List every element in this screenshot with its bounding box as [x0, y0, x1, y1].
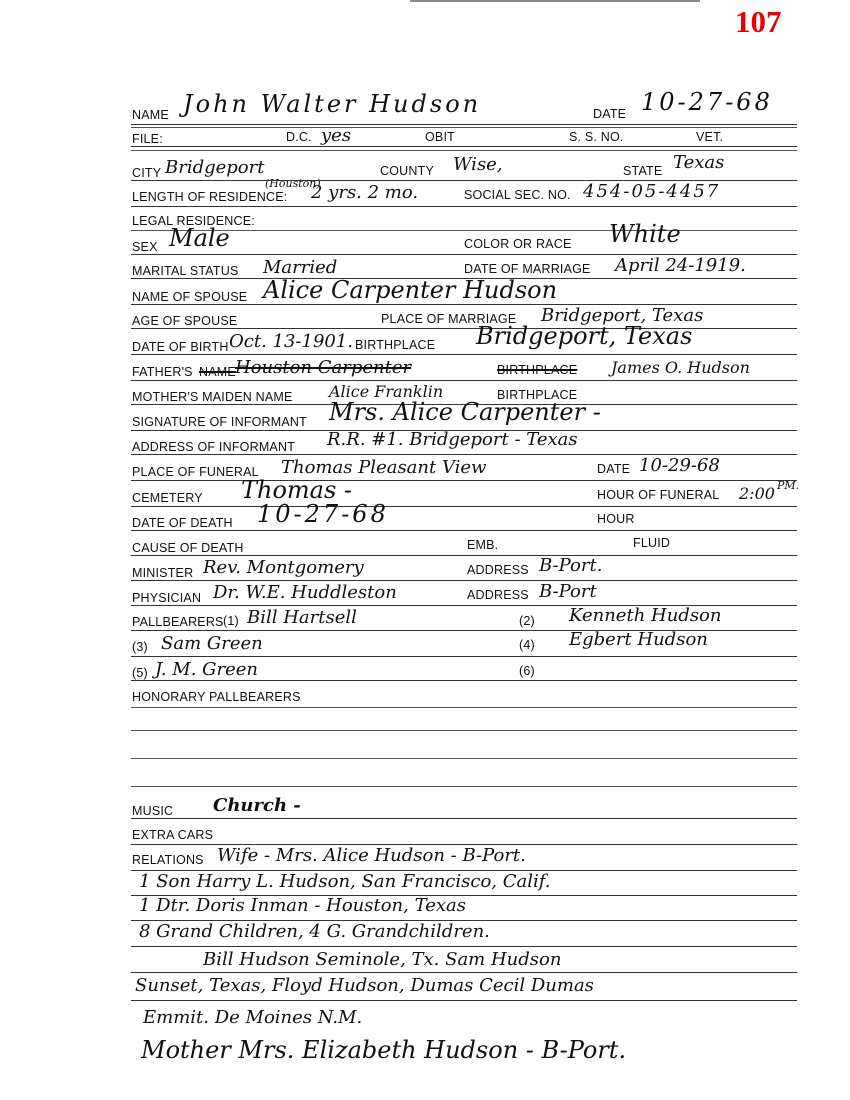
pallbearer-name: Kenneth Hudson [569, 606, 721, 626]
physician-address-label: ADDRESS [467, 588, 529, 602]
signature-of-informant-value: Mrs. Alice Carpenter - [329, 402, 601, 422]
physician-label: PHYSICIAN [132, 591, 201, 605]
pallbearer-name: Sam Green [161, 634, 263, 654]
name-of-spouse-label: NAME OF SPOUSE [132, 290, 247, 304]
marital-status-value: Married [263, 258, 337, 278]
minister-label: MINISTER [132, 566, 193, 580]
date-of-marriage-value: April 24-1919. [615, 256, 746, 276]
date-of-death-label: DATE OF DEATH [132, 516, 233, 530]
length-of-residence-label: LENGTH OF RESIDENCE: [132, 190, 287, 204]
social-sec-no-label: SOCIAL SEC. NO. [464, 188, 571, 202]
physician-address-value: B-Port [539, 582, 597, 602]
relations-line: 8 Grand Children, 4 G. Grandchildren. [139, 922, 490, 942]
city-label: CITY [132, 166, 161, 180]
birthplace-value: Bridgeport, Texas [476, 326, 692, 346]
name-label: NAME [132, 108, 169, 122]
rule [131, 758, 797, 759]
sex-value: Male [169, 228, 230, 248]
rule [131, 380, 797, 381]
cemetery-value: Thomas - [241, 480, 352, 500]
sex-label: SEX [132, 240, 158, 254]
pallbearer-name: Bill Hartsell [247, 608, 357, 628]
minister-value: Rev. Montgomery [203, 558, 364, 578]
place-of-funeral-value: Thomas Pleasant View [281, 458, 486, 478]
cause-of-death-label: CAUSE OF DEATH [132, 541, 244, 555]
funeral-record-form: NAME John Walter Hudson DATE 10-27-68 FI… [131, 0, 797, 1100]
rule [131, 230, 797, 231]
rule [131, 946, 797, 947]
rule [131, 530, 797, 531]
pallbearer-name: J. M. Green [155, 660, 258, 680]
rule [131, 730, 797, 731]
obit-label: OBIT [425, 130, 455, 144]
date-of-death-value: 10-27-68 [257, 504, 389, 524]
county-value: Wise, [453, 155, 503, 175]
file-label: FILE: [132, 132, 163, 146]
hour-label: HOUR [597, 512, 635, 526]
state-label: STATE [623, 164, 662, 178]
ss-no-label: S. S. NO. [569, 130, 624, 144]
music-value: Church - [213, 796, 301, 816]
fathers-name-label: FATHER'S [132, 365, 193, 379]
fathers-name-struck-value: Houston Carpenter [235, 358, 411, 378]
age-of-spouse-label: AGE OF SPOUSE [132, 314, 237, 328]
rule [131, 146, 797, 147]
rule [131, 506, 797, 507]
relations-line: 1 Dtr. Doris Inman - Houston, Texas [139, 896, 466, 916]
date-value: 10-27-68 [641, 92, 773, 112]
funeral-date-label: DATE [597, 462, 630, 476]
name-value: John Walter Hudson [183, 94, 481, 114]
pallbearers-label: PALLBEARERS [132, 615, 224, 629]
rule [131, 206, 797, 207]
fathers-name-label-struck: NAME [199, 365, 236, 379]
length-of-residence-value: 2 yrs. 2 mo. [311, 183, 418, 203]
marital-status-label: MARITAL STATUS [132, 264, 239, 278]
rule [131, 580, 797, 581]
relations-line: Sunset, Texas, Floyd Hudson, Dumas Cecil… [135, 976, 594, 996]
rule [131, 555, 797, 556]
hour-of-funeral-suffix: PM. [777, 476, 799, 496]
pallbearer-num: (2) [519, 614, 535, 628]
relations-line: 1 Son Harry L. Hudson, San Francisco, Ca… [139, 872, 551, 892]
social-sec-no-value: 454-05-4457 [583, 182, 720, 202]
rule [131, 127, 797, 128]
dc-value: yes [321, 126, 351, 146]
rule [131, 972, 797, 973]
relations-line: Wife - Mrs. Alice Hudson - B-Port. [217, 846, 526, 866]
state-value: Texas [673, 153, 724, 173]
relations-line: Mother Mrs. Elizabeth Hudson - B-Port. [141, 1040, 626, 1060]
pallbearer-num: (6) [519, 664, 535, 678]
minister-address-label: ADDRESS [467, 563, 529, 577]
pallbearer-num: (5) [132, 666, 148, 680]
physician-value: Dr. W.E. Huddleston [213, 583, 397, 603]
pallbearer-num: (4) [519, 638, 535, 652]
fathers-birthplace-label: BIRTHPLACE [497, 363, 577, 377]
rule [131, 786, 797, 787]
rule [131, 818, 797, 819]
rule [131, 354, 797, 355]
color-or-race-label: COLOR OR RACE [464, 237, 571, 251]
rule [131, 150, 797, 151]
minister-address-value: B-Port. [539, 556, 602, 576]
relations-line: Bill Hudson Seminole, Tx. Sam Hudson [203, 950, 561, 970]
color-or-race-value: White [609, 224, 681, 244]
rule [131, 480, 797, 481]
rule [131, 680, 797, 681]
vet-label: VET. [696, 130, 723, 144]
address-of-informant-label: ADDRESS OF INFORMANT [132, 440, 295, 454]
pallbearer-num: (3) [132, 640, 148, 654]
county-label: COUNTY [380, 164, 434, 178]
fluid-label: FLUID [633, 536, 670, 550]
relations-label: RELATIONS [132, 853, 204, 867]
cemetery-label: CEMETERY [132, 491, 203, 505]
pallbearer-num: (1) [223, 614, 239, 628]
city-value: Bridgeport [165, 158, 264, 178]
extra-cars-label: EXTRA CARS [132, 828, 213, 842]
place-of-funeral-label: PLACE OF FUNERAL [132, 465, 259, 479]
date-of-birth-label: DATE OF BIRTH [132, 340, 229, 354]
signature-of-informant-label: SIGNATURE OF INFORMANT [132, 415, 307, 429]
dc-label: D.C. [286, 130, 312, 144]
fathers-name-value: James O. Hudson [611, 358, 750, 378]
date-label: DATE [593, 107, 626, 121]
mothers-maiden-name-label: MOTHER'S MAIDEN NAME [132, 390, 293, 404]
rule [131, 707, 797, 708]
emb-label: EMB. [467, 538, 498, 552]
rule [131, 328, 797, 329]
date-of-marriage-label: DATE OF MARRIAGE [464, 262, 591, 276]
rule [131, 1000, 797, 1001]
date-of-birth-value: Oct. 13-1901. [229, 332, 353, 352]
name-of-spouse-value: Alice Carpenter Hudson [263, 280, 557, 300]
birthplace-label: BIRTHPLACE [355, 338, 435, 352]
hour-of-funeral-value: 2:00 [739, 484, 775, 504]
address-of-informant-value: R.R. #1. Bridgeport - Texas [327, 430, 578, 450]
honorary-pallbearers-label: HONORARY PALLBEARERS [132, 690, 301, 704]
relations-line: Emmit. De Moines N.M. [143, 1008, 362, 1028]
pallbearer-name: Egbert Hudson [569, 630, 708, 650]
rule [131, 656, 797, 657]
rule [131, 124, 797, 125]
hour-of-funeral-label: HOUR OF FUNERAL [597, 488, 719, 502]
funeral-date-value: 10-29-68 [639, 456, 720, 476]
music-label: MUSIC [132, 804, 173, 818]
